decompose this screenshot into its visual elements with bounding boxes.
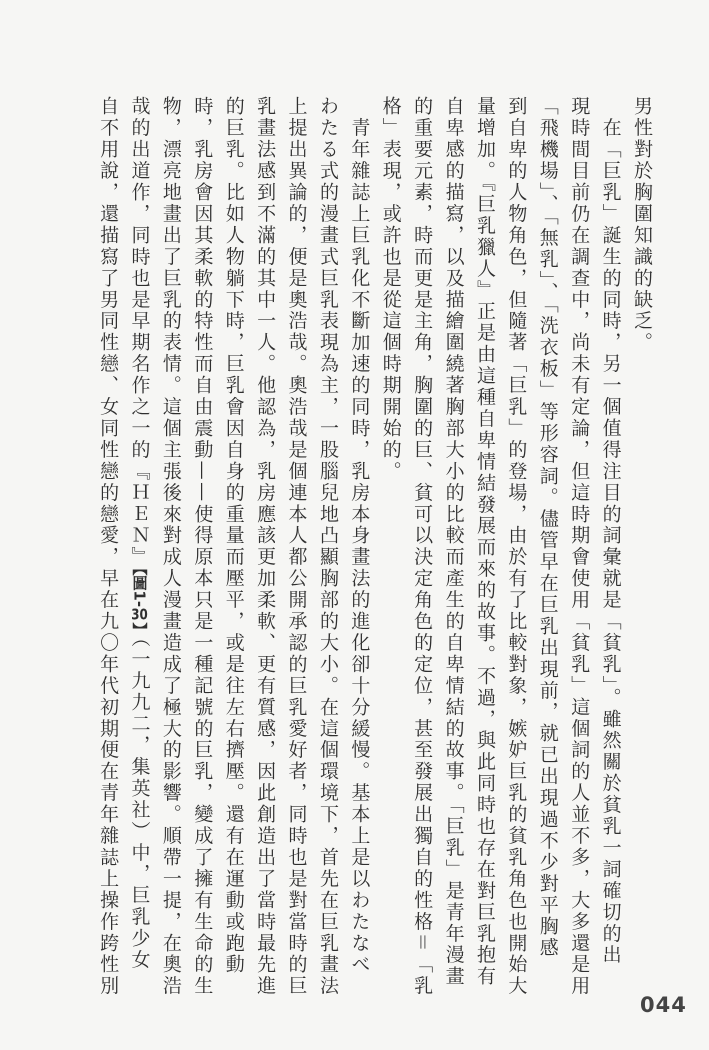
text-column: 哉的出道作，同時也是早期名作之一的『ＨＥＮ』【圖1-30】（一九九二，集英社）中… — [123, 96, 154, 896]
text-column: 量增加。『巨乳獵人』正是由這種自卑情結發展而來的故事。不過，與此同時也存在對巨乳… — [469, 96, 500, 896]
text-column: 格」表現，或許也是從這個時期開始的。 — [374, 96, 405, 896]
text-column: 上提出異論的，便是奧浩哉。奧浩哉是個連本人都公開承認的巨乳愛好者，同時也是對當時… — [280, 96, 311, 896]
text-column: わたる式的漫畫式巨乳表現為主，一股腦兒地凸顯胸部的大小。在這個環境下，首先在巨乳… — [312, 96, 343, 896]
body-text: 男性對於胸圍知識的缺乏。 在「巨乳」誕生的同時，另一個值得注目的詞彙就是「貧乳」… — [97, 96, 657, 896]
text-column: 男性對於胸圍知識的缺乏。 — [626, 96, 657, 896]
text-column: 到自卑的人物角色，但隨著「巨乳」的登場，由於有了比較對象，嫉妒巨乳的貧乳角色也開… — [500, 96, 531, 896]
text-column: 青年雜誌上巨乳化不斷加速的同時，乳房本身畫法的進化卻十分緩慢。基本上是以わたなべ — [343, 96, 374, 896]
text-column: 物，漂亮地畫出了巨乳的表情。這個主張後來對成人漫畫造成了極大的影響。順帶一提，在… — [155, 96, 186, 896]
text-column: 的巨乳。比如人物躺下時，巨乳會因自身的重量而壓平，或是往左右擠壓。還有在運動或跑… — [217, 96, 248, 896]
text-column: 自不用說，還描寫了男同性戀、女同性戀的戀愛，早在九〇年代初期便在青年雜誌上操作跨… — [92, 96, 123, 896]
text-column: 自卑感的描寫，以及描繪圍繞著胸部大小的比較而產生的自卑情結的故事。「巨乳」是青年… — [437, 96, 468, 896]
figure-ref-close: 】 — [131, 622, 149, 637]
column-text: 哉的出道作，同時也是早期名作之一的『ＨＥＮ』 — [129, 96, 151, 568]
text-column: 「飛機場」、「無乳」、「洗衣板」等形容詞。儘管早在巨乳出現前，就已出現過不少對平… — [531, 96, 562, 896]
figure-ref-number: 30 — [131, 607, 149, 622]
page-number: 044 — [640, 993, 687, 1017]
column-text: （一九九二，集英社）中，巨乳少女 — [129, 637, 151, 971]
text-column: 的重要元素，時而更是主角，胸圍的巨、貧可以決定角色的定位，甚至發展出獨自的性格＝… — [406, 96, 437, 896]
text-column: 乳畫法感到不滿的其中一人。他認為，乳房應該更加柔軟、更有質感，因此創造出了當時最… — [249, 96, 280, 896]
text-column: 在「巨乳」誕生的同時，另一個值得注目的詞彙就是「貧乳」。雖然關於貧乳一詞確切的出 — [594, 96, 625, 896]
text-column: 現時間目前仍在調查中，尚未有定論，但這時期會使用「貧乳」這個詞的人並不多，大多還… — [563, 96, 594, 896]
text-column: 時，乳房會因其柔軟的特性而自由震動——使得原本只是一種記號的巨乳，變成了擁有生命… — [186, 96, 217, 896]
book-page: 男性對於胸圍知識的缺乏。 在「巨乳」誕生的同時，另一個值得注目的詞彙就是「貧乳」… — [0, 0, 709, 1050]
figure-ref-open: 【圖1 — [131, 568, 149, 601]
figure-reference: 【圖1-30】 — [131, 568, 149, 637]
